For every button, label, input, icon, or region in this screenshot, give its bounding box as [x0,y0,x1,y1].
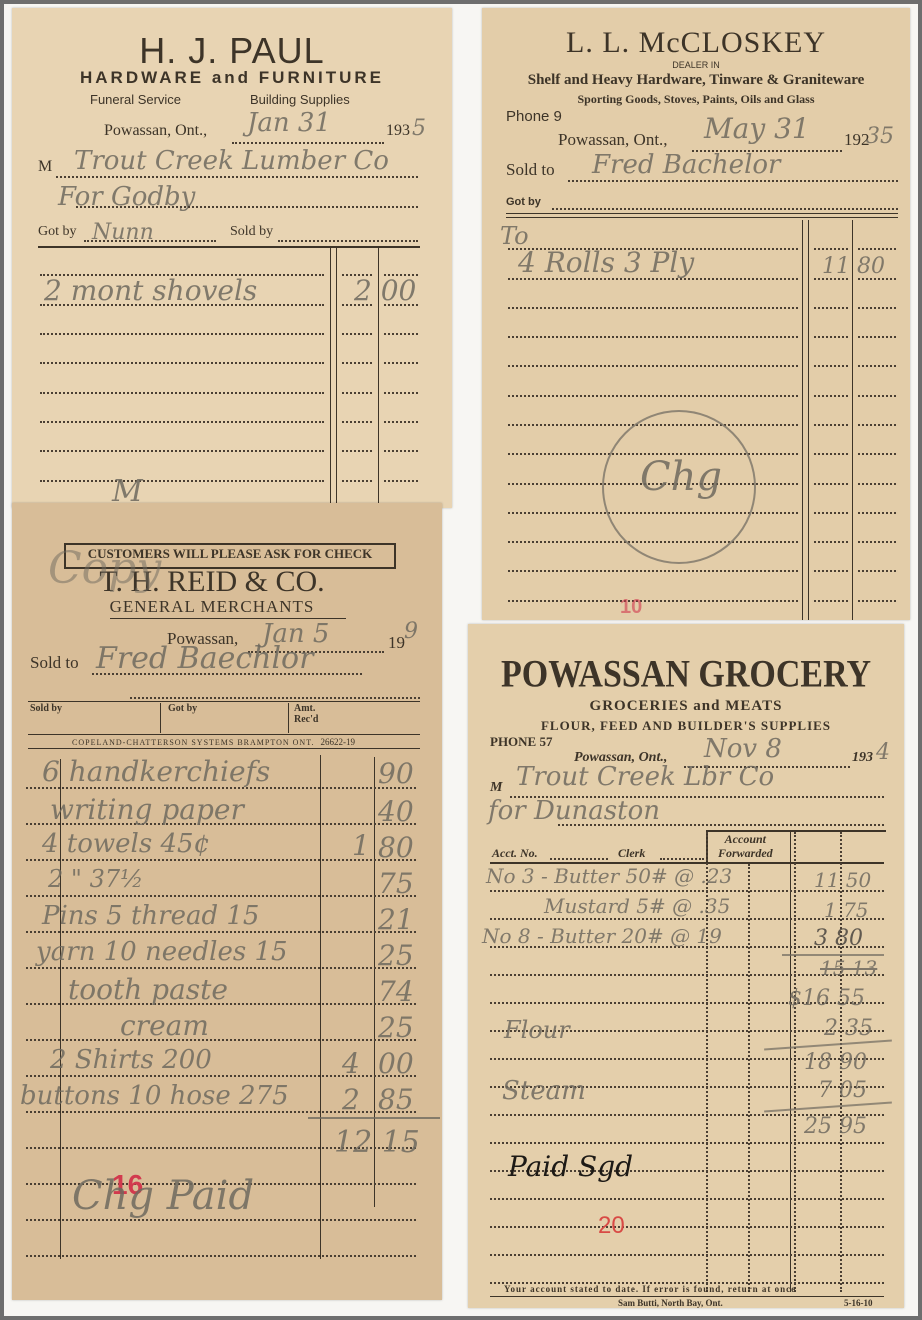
red-stamp-number: 10 [620,596,642,619]
item-description: 2 mont shovels [44,274,257,307]
sold-to-line [568,180,898,182]
customer2-handwritten: for Dunaston [488,796,660,826]
item-amount: 2 00 [354,274,416,307]
item-dollars: 1 [352,829,370,862]
business-subtitle: HARDWARE and FURNITURE [12,68,452,88]
item-cents: 25 [378,1011,414,1044]
place-label: Powassan, Ont., [558,130,668,150]
item-amount: 11 50 [814,868,871,892]
clerk-line [660,858,704,860]
item-description: 2 " 37½ [48,865,143,893]
year-handwritten: 4 [876,740,890,765]
year-handwritten: 5 [412,116,426,141]
item-dollars: 4 [342,1047,360,1080]
acct-line [550,858,608,860]
item-amount: 18 90 [804,1050,867,1075]
item-description: cream [120,1009,209,1042]
item-description: tooth paste [68,973,228,1006]
item-description: 6 handkerchiefs [42,755,270,788]
item-cents: 75 [378,867,414,900]
sold-to-line-2 [130,697,420,699]
date-handwritten: May 31 [704,112,810,145]
printer-name: COPELAND-CHATTERSON SYSTEMS BRAMPTON ONT… [72,738,315,747]
item-cents: 40 [378,795,414,828]
item-description: Flour [504,1016,570,1044]
column-divider [336,248,337,508]
year-handwritten: 9 [404,619,418,644]
printer-imprint: COPELAND-CHATTERSON SYSTEMS BRAMPTON ONT… [72,737,355,747]
receipt-reid: CUSTOMERS WILL PLEASE ASK FOR CHECK T. H… [12,503,442,1300]
item-amount: 15 13 [820,956,877,980]
header-rule [38,246,420,248]
item-amount: 3 80 [814,926,863,951]
total-amount: 12 15 [334,1125,420,1160]
item-cents: 74 [378,975,414,1008]
item-amount: 2 35 [824,1016,873,1041]
sold-by-label: Sold by [230,224,273,240]
item-description: Steam [502,1076,586,1106]
service-building: Building Supplies [250,92,350,107]
sold-to-handwritten: Fred Baechlor [96,641,313,676]
column-divider [802,220,803,620]
got-by-line [552,208,898,210]
year-printed: 193 [852,750,873,766]
item-description: 2 Shirts 200 [50,1045,212,1075]
item-cents: 21 [378,903,414,936]
year-printed: 19 [388,633,405,653]
column-amt-received: Amt.Rec'd [294,703,318,725]
item-description: 4 towels 45¢ [42,829,210,859]
copy-handwritten: Copy [48,543,161,594]
customer-line-2 [558,824,884,826]
got-by-label: Got by [506,196,541,208]
customer-handwritten: Trout Creek Lumber Co [74,146,389,176]
receipt-powassan-grocery: POWASSAN GROCERY GROCERIES and MEATS FLO… [468,624,904,1308]
item-description: writing paper [50,793,244,826]
forwarded-label: Forwarded [718,846,773,860]
form-number: 5-16-10 [844,1298,873,1308]
total-rule [308,1117,440,1119]
year-handwritten: 35 [866,124,894,149]
column-divider [794,832,796,1292]
column-divider [790,832,791,1292]
item-dollars: 2 [342,1083,360,1116]
service-funeral: Funeral Service [90,92,181,107]
business-name: POWASSAN GROCERY [468,653,904,697]
receipt-mccloskey: L. L. McCLOSKEY DEALER IN Shelf and Heav… [482,8,910,620]
table-rule [28,701,420,702]
item-amount: 11 80 [822,254,885,279]
item-amount: 25 95 [804,1114,867,1139]
column-sold-by: Sold by [30,703,62,714]
sold-by-line [278,240,418,242]
receipt-hj-paul: H. J. PAUL HARDWARE and FURNITURE Funera… [12,8,452,508]
table-rule [28,748,420,749]
column-divider [330,248,331,508]
item-cents: 80 [378,831,414,864]
sold-to-label: Sold to [506,160,555,180]
column-divider [160,703,161,733]
phone: Phone 9 [506,108,562,125]
item-amount: 1 75 [824,898,869,922]
recd-label: Rec'd [294,714,318,725]
column-divider [852,220,853,620]
footer-rule [490,1296,884,1297]
item-description: Mustard 5# @ .35 [544,894,730,918]
subtotal-rule [764,1102,892,1113]
date-handwritten: Nov 8 [704,734,782,764]
customer-handwritten: Trout Creek Lbr Co [516,762,774,792]
circle-handwritten: Chg [640,454,722,500]
year-printed: 193 [386,122,410,140]
m-label: M [38,158,52,176]
date-handwritten: Jan 31 [247,108,331,138]
sold-to-handwritten: Fred Bachelor [592,150,780,180]
phone: PHONE 57 [490,734,552,750]
business-line-1: Shelf and Heavy Hardware, Tinware & Gran… [482,72,910,89]
item-description: No 3 - Butter 50# @ .23 [486,864,732,888]
business-line-2: Sporting Goods, Stoves, Paints, Oils and… [482,92,910,107]
column-divider [808,220,809,620]
amt-label: Amt. [294,703,315,714]
footer-notice: Your account stated to date. If error is… [504,1284,796,1294]
business-line-2: FLOUR, FEED AND BUILDER'S SUPPLIES [468,718,904,734]
dealer-in: DEALER IN [482,60,910,70]
place-label: Powassan, Ont., [104,122,207,140]
item-description: yarn 10 needles 15 [36,937,288,967]
business-line-1: GROCERIES and MEATS [468,698,904,715]
item-description: 4 Rolls 3 Ply [518,246,694,279]
footer-handwritten: Chg Paid [72,1173,254,1219]
item-amount: $16 55 [788,986,865,1011]
item-description: Pins 5 thread 15 [42,901,259,931]
business-name: L. L. McCLOSKEY [482,26,910,60]
table-rule [28,734,420,735]
column-got-by: Got by [168,703,197,714]
signature-handwritten: Paid Sgd [508,1150,633,1183]
item-cents: 90 [378,757,414,790]
sold-to-label: Sold to [30,653,79,673]
got-by-handwritten: Nunn [92,220,154,245]
item-amount: 7 05 [818,1078,867,1103]
customer-line [56,176,418,178]
item-cents: 25 [378,939,414,972]
account-forwarded-label: AccountForwarded [718,832,773,860]
clerk-label: Clerk [618,846,645,861]
red-stamp-number: 20 [598,1212,625,1240]
header-rule [506,217,898,218]
acct-no-label: Acct. No. [492,846,538,861]
printer-imprint: Sam Butti, North Bay, Ont. [618,1298,723,1308]
account-label: Account [725,832,766,846]
item-cents: 00 [378,1047,414,1080]
header-rule [506,213,898,214]
got-by-label: Got by [38,224,77,240]
column-divider [288,703,289,733]
subtotal-rule [764,1040,892,1051]
date-line [232,142,384,144]
item-description: buttons 10 hose 275 [20,1081,289,1111]
business-subtitle: GENERAL MERCHANTS [12,597,412,617]
business-name: H. J. PAUL [12,30,452,72]
item-description: No 8 - Butter 20# @ 19 [482,924,722,948]
customer-line-2 [76,206,418,208]
m-label: M [490,780,502,796]
item-cents: 85 [378,1083,414,1116]
form-number: 26622-19 [321,737,356,747]
